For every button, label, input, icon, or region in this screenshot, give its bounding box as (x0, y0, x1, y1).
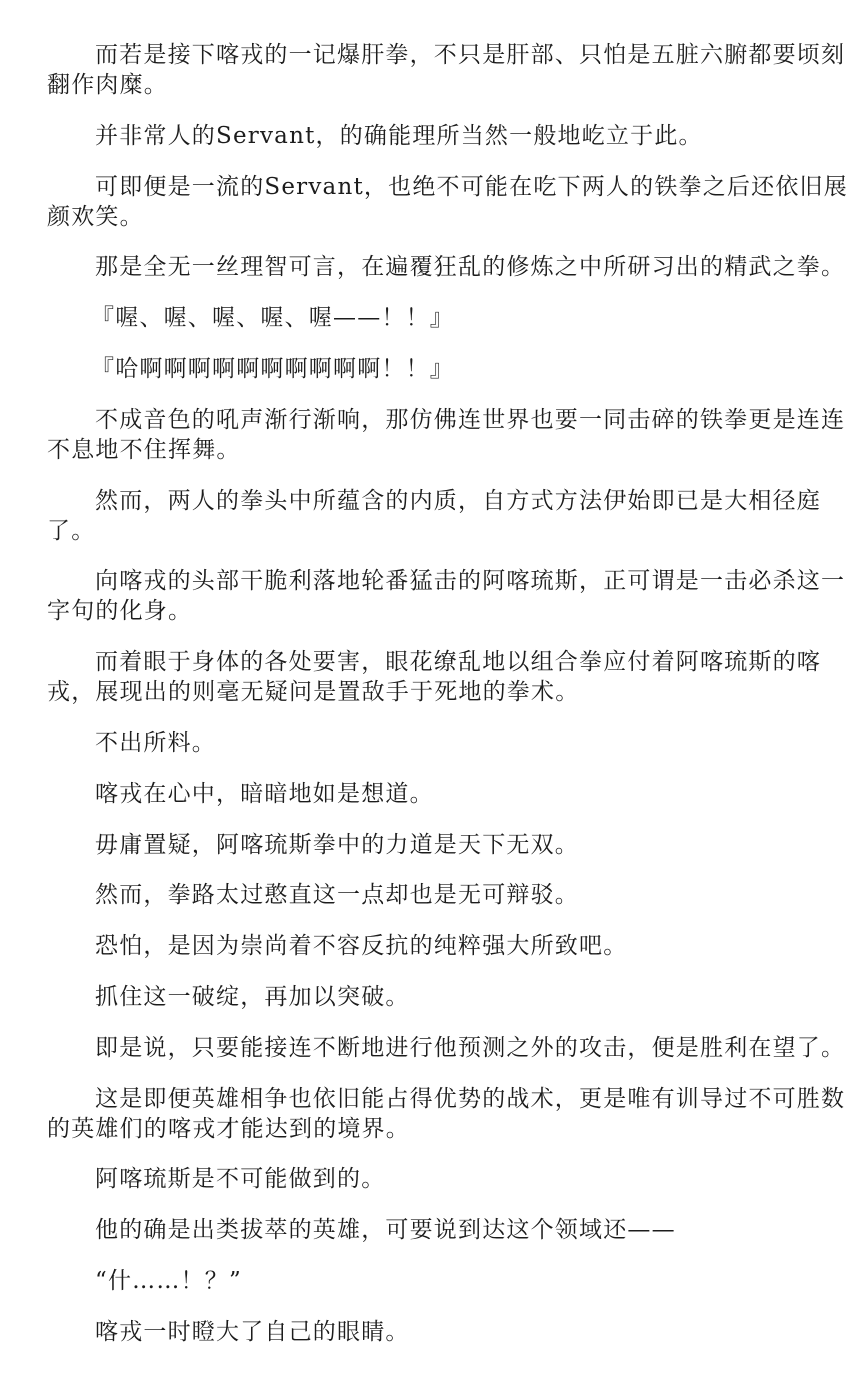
paragraph-line: 不出所料。 (47, 728, 807, 758)
paragraph-1: 而若是接下喀戎的一记爆肝拳，不只是肝部、只怕是五脏六腑都要顷刻 翻作肉糜。 (47, 40, 807, 100)
paragraph-line: 这是即便英雄相争也依旧能占得优势的战术，更是唯有训导过不可胜数 (47, 1084, 807, 1114)
paragraph-22: 喀戎一时瞪大了自己的眼睛。 (47, 1317, 807, 1347)
paragraph-line: 戎，展现出的则毫无疑问是置敌手于死地的拳术。 (47, 677, 807, 707)
paragraph-line: 那是全无一丝理智可言，在遍覆狂乱的修炼之中所研习出的精武之拳。 (47, 252, 807, 282)
paragraph-3: 可即便是一流的Servant，也绝不可能在吃下两人的铁拳之后还依旧展 颜欢笑。 (47, 172, 807, 232)
paragraph-19: 阿喀琉斯是不可能做到的。 (47, 1164, 807, 1194)
paragraph-11: 不出所料。 (47, 728, 807, 758)
paragraph-15: 恐怕，是因为崇尚着不容反抗的纯粹强大所致吧。 (47, 931, 807, 961)
paragraph-line: 颜欢笑。 (47, 202, 807, 232)
dialogue-line: “什……！？” (47, 1266, 807, 1296)
paragraph-16: 抓住这一破绽，再加以突破。 (47, 982, 807, 1012)
paragraph-line: 而若是接下喀戎的一记爆肝拳，不只是肝部、只怕是五脏六腑都要顷刻 (47, 40, 807, 70)
paragraph-line: 喀戎一时瞪大了自己的眼睛。 (47, 1317, 807, 1347)
paragraph-line: 了。 (47, 516, 807, 546)
paragraph-line: 毋庸置疑，阿喀琉斯拳中的力道是天下无双。 (47, 830, 807, 860)
paragraph-line: 并非常人的Servant，的确能理所当然一般地屹立于此。 (47, 121, 807, 151)
paragraph-line: 不息地不住挥舞。 (47, 435, 807, 465)
paragraph-18: 这是即便英雄相争也依旧能占得优势的战术，更是唯有训导过不可胜数 的英雄们的喀戎才… (47, 1084, 807, 1144)
paragraph-line: 抓住这一破绽，再加以突破。 (47, 982, 807, 1012)
paragraph-10: 而着眼于身体的各处要害，眼花缭乱地以组合拳应付着阿喀琉斯的喀 戎，展现出的则毫无… (47, 647, 807, 707)
dialogue-paragraph-5: 『喔、喔、喔、喔、喔——！！』 (47, 303, 807, 333)
paragraph-13: 毋庸置疑，阿喀琉斯拳中的力道是天下无双。 (47, 830, 807, 860)
paragraph-line: 然而，两人的拳头中所蕴含的内质，自方式方法伊始即已是大相径庭 (47, 486, 807, 516)
dialogue-paragraph-6: 『哈啊啊啊啊啊啊啊啊啊啊！！』 (47, 354, 807, 384)
paragraph-20: 他的确是出类拔萃的英雄，可要说到达这个领域还—— (47, 1215, 807, 1245)
paragraph-line: 可即便是一流的Servant，也绝不可能在吃下两人的铁拳之后还依旧展 (47, 172, 807, 202)
paragraph-line: 向喀戎的头部干脆利落地轮番猛击的阿喀琉斯，正可谓是一击必杀这一 (47, 566, 807, 596)
dialogue-line: 『喔、喔、喔、喔、喔——！！』 (47, 303, 807, 333)
paragraph-17: 即是说，只要能接连不断地进行他预测之外的攻击，便是胜利在望了。 (47, 1033, 807, 1063)
document-page: 而若是接下喀戎的一记爆肝拳，不只是肝部、只怕是五脏六腑都要顷刻 翻作肉糜。 并非… (47, 40, 807, 1368)
paragraph-line: 即是说，只要能接连不断地进行他预测之外的攻击，便是胜利在望了。 (47, 1033, 807, 1063)
dialogue-paragraph-21: “什……！？” (47, 1266, 807, 1296)
paragraph-line: 然而，拳路太过憨直这一点却也是无可辩驳。 (47, 880, 807, 910)
paragraph-line: 他的确是出类拔萃的英雄，可要说到达这个领域还—— (47, 1215, 807, 1245)
paragraph-8: 然而，两人的拳头中所蕴含的内质，自方式方法伊始即已是大相径庭 了。 (47, 486, 807, 546)
paragraph-line: 而着眼于身体的各处要害，眼花缭乱地以组合拳应付着阿喀琉斯的喀 (47, 647, 807, 677)
paragraph-line: 恐怕，是因为崇尚着不容反抗的纯粹强大所致吧。 (47, 931, 807, 961)
paragraph-14: 然而，拳路太过憨直这一点却也是无可辩驳。 (47, 880, 807, 910)
paragraph-4: 那是全无一丝理智可言，在遍覆狂乱的修炼之中所研习出的精武之拳。 (47, 252, 807, 282)
paragraph-line: 的英雄们的喀戎才能达到的境界。 (47, 1114, 807, 1144)
paragraph-line: 不成音色的吼声渐行渐响，那仿佛连世界也要一同击碎的铁拳更是连连 (47, 405, 807, 435)
paragraph-line: 翻作肉糜。 (47, 70, 807, 100)
dialogue-line: 『哈啊啊啊啊啊啊啊啊啊啊！！』 (47, 354, 807, 384)
paragraph-line: 喀戎在心中，暗暗地如是想道。 (47, 779, 807, 809)
paragraph-line: 阿喀琉斯是不可能做到的。 (47, 1164, 807, 1194)
paragraph-12: 喀戎在心中，暗暗地如是想道。 (47, 779, 807, 809)
paragraph-9: 向喀戎的头部干脆利落地轮番猛击的阿喀琉斯，正可谓是一击必杀这一 字句的化身。 (47, 566, 807, 626)
paragraph-2: 并非常人的Servant，的确能理所当然一般地屹立于此。 (47, 121, 807, 151)
paragraph-line: 字句的化身。 (47, 596, 807, 626)
paragraph-7: 不成音色的吼声渐行渐响，那仿佛连世界也要一同击碎的铁拳更是连连 不息地不住挥舞。 (47, 405, 807, 465)
